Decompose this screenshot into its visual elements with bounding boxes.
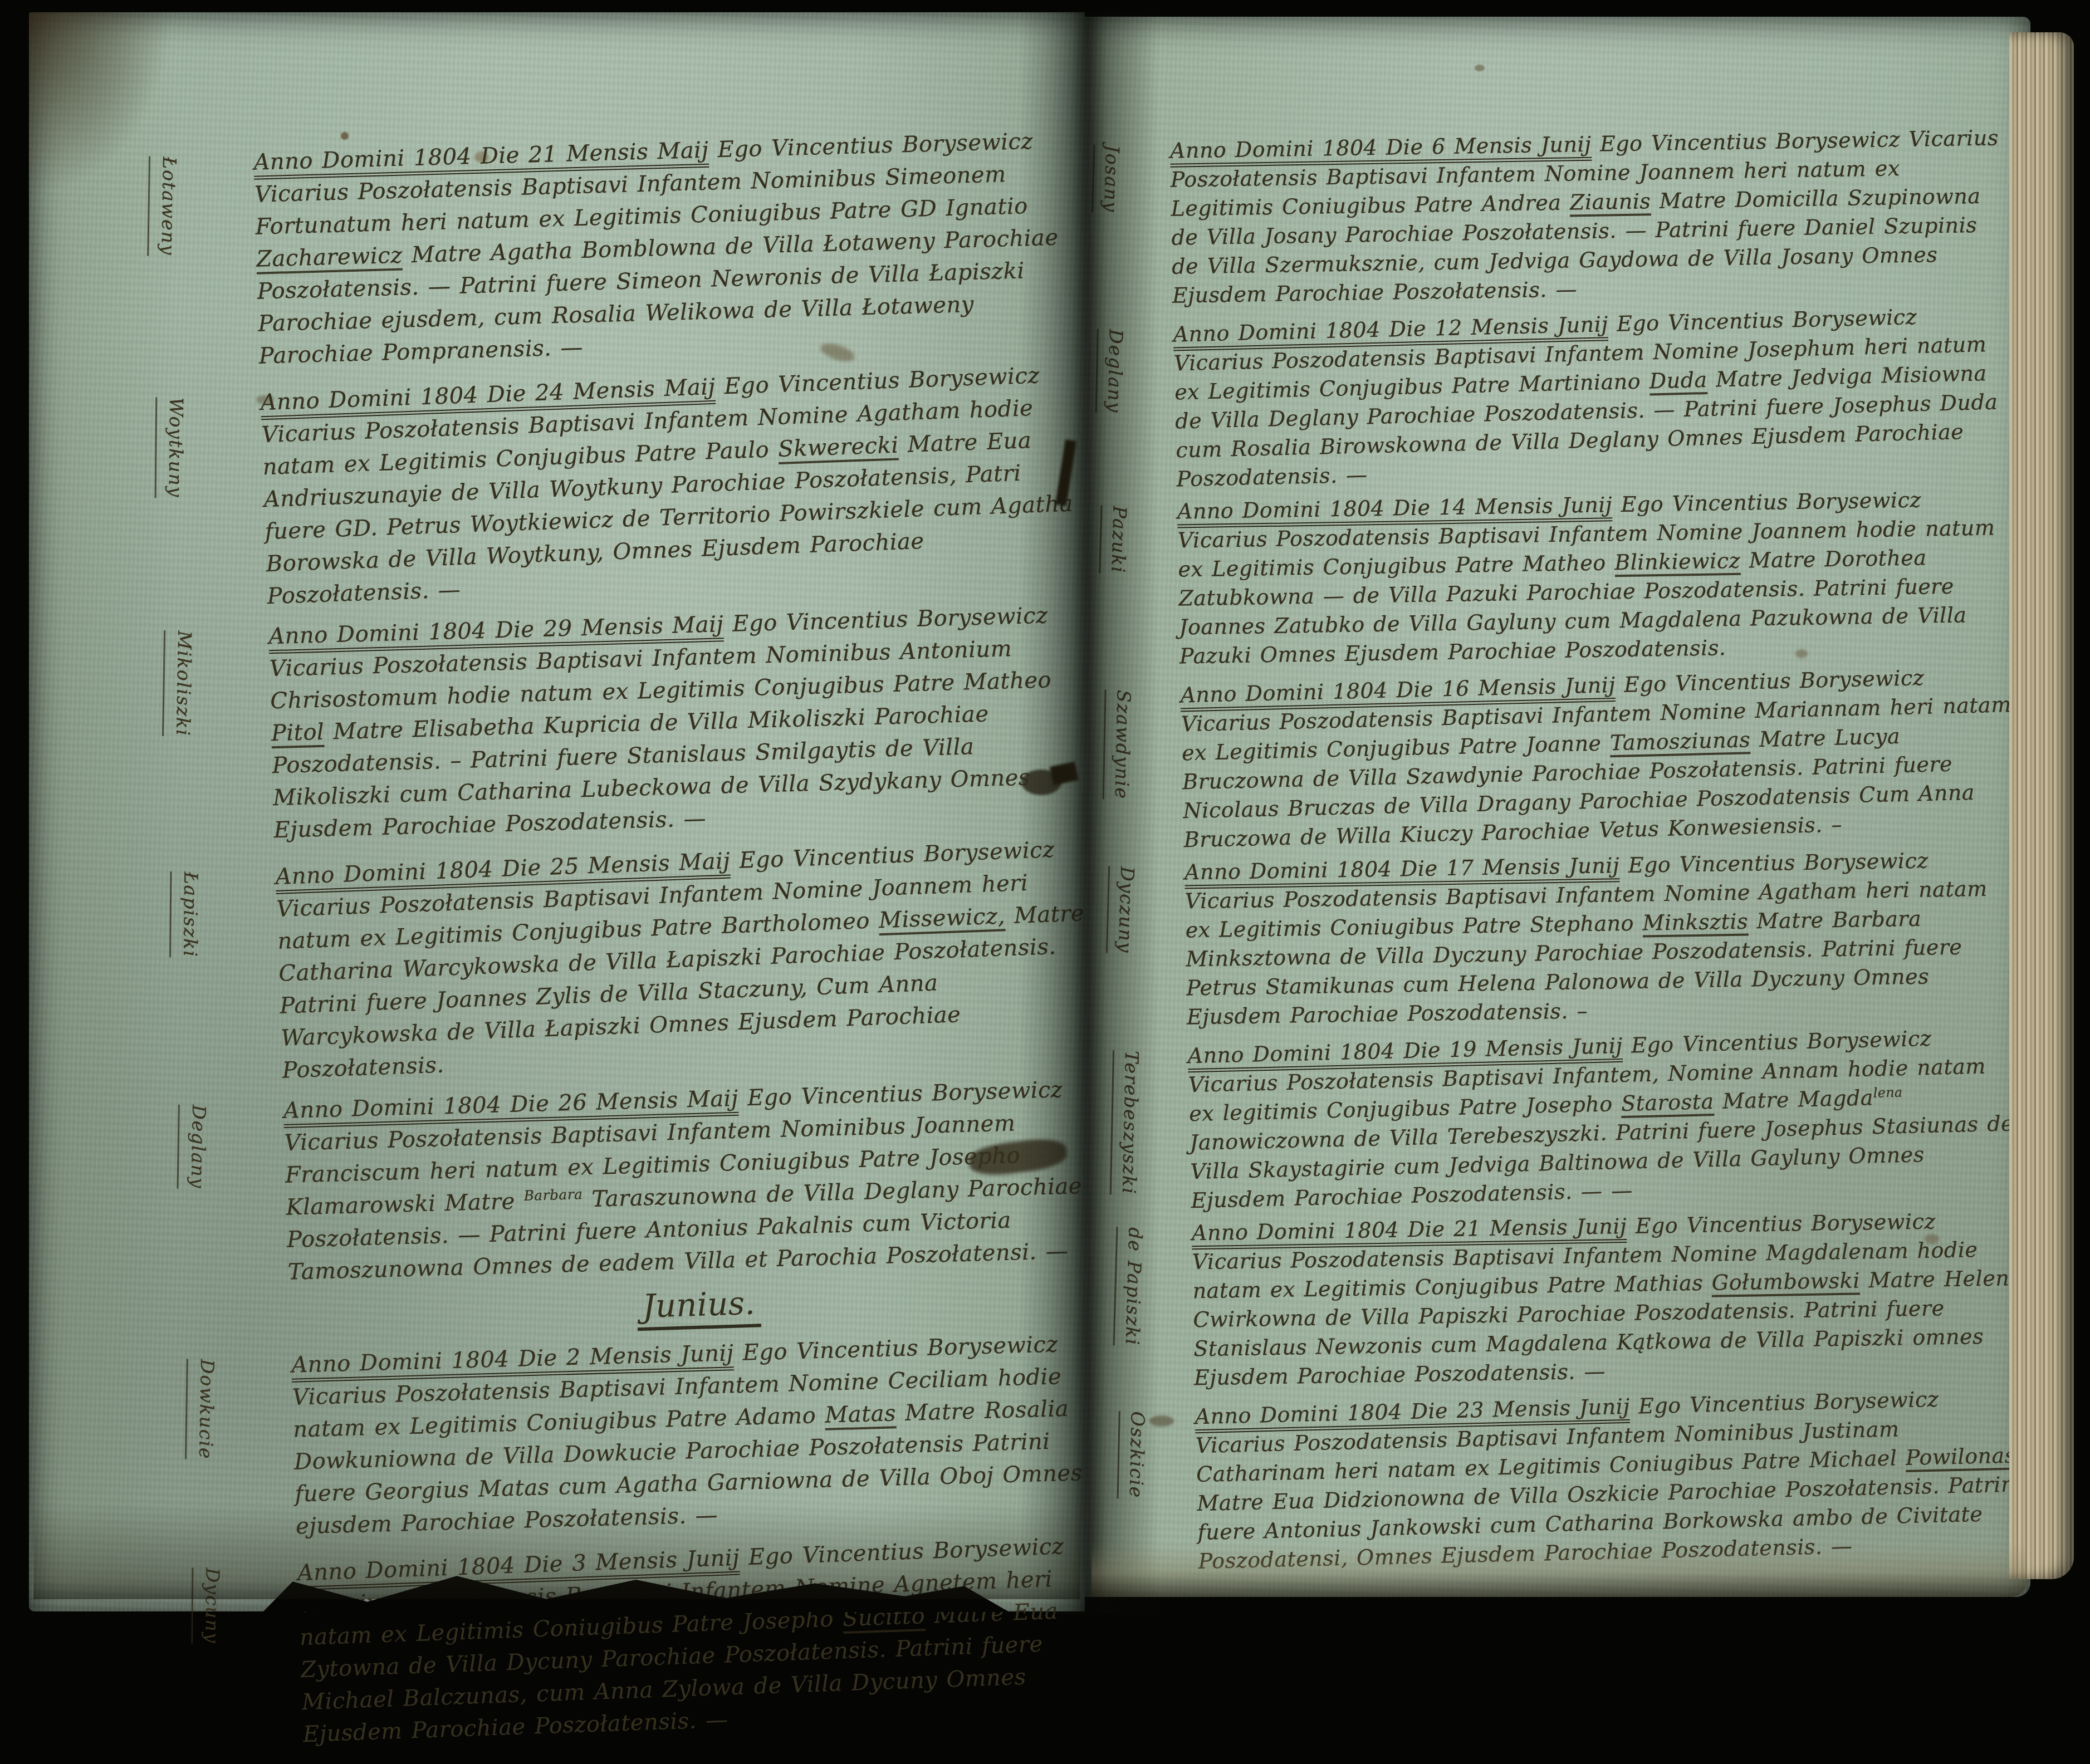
margin-annotation: Pazuki: [1099, 506, 1128, 666]
village-margin-label: Terebeszyszki: [1110, 1050, 1146, 1195]
underlined-surname: Zacharewicz: [256, 243, 403, 275]
margin-annotation: Deglany: [1095, 329, 1124, 489]
baptism-record: DeglanyAnno Domini 1804 Die 12 Mensis Ju…: [1173, 300, 2008, 493]
underlined-surname: Tamosziunas: [1610, 727, 1751, 757]
underlined-surname: Powilonas: [1905, 1443, 2016, 1472]
underlined-surname: Pitol: [271, 719, 324, 749]
left-page-text: ŁotawenyAnno Domini 1804 Die 21 Mensis M…: [253, 122, 1122, 1632]
margin-annotation: Terebeszyszki: [1109, 1050, 1139, 1211]
baptism-record: de PapiszkiAnno Domini 1804 Die 21 Mensi…: [1192, 1206, 2025, 1392]
village-margin-label: Szawdynie: [1103, 689, 1138, 800]
underlined-surname: Skwerecki: [778, 432, 899, 464]
village-margin-label: Oszkicie: [1117, 1411, 1152, 1499]
baptism-record: SzawdynieAnno Domini 1804 Die 16 Mensis …: [1180, 661, 2015, 854]
month-title: Junius.: [637, 1283, 761, 1331]
margin-annotation: Deglany: [177, 1105, 207, 1283]
record-text: Taraszunowna de Villa Deglany Parochiae …: [287, 1173, 1083, 1285]
stain: [1149, 1415, 1174, 1427]
underlined-surname: Blinkiewicz: [1614, 548, 1741, 577]
baptism-record: ŁotawenyAnno Domini 1804 Die 21 Mensis M…: [253, 124, 1078, 373]
baptism-record: JosanyAnno Domini 1804 Die 6 Mensis Juni…: [1170, 123, 2004, 310]
left-page: ŁotawenyAnno Domini 1804 Die 21 Mensis M…: [29, 12, 1085, 1611]
record-text: Matre Elisabetha Kupricia de Villa Mikol…: [272, 701, 1030, 843]
right-page-text: JosanyAnno Domini 1804 Die 6 Mensis Juni…: [1169, 121, 2029, 1581]
page-curl: [1092, 1542, 2027, 1597]
record-text: Barbara: [523, 1186, 583, 1204]
stain: [1475, 65, 1485, 71]
baptism-record: DyczunyAnno Domini 1804 Die 17 Mensis Ju…: [1185, 845, 2018, 1031]
margin-annotation: Szawdynie: [1102, 690, 1132, 850]
baptism-record: WoytkunyAnno Domini 1804 Die 24 Mensis M…: [260, 358, 1086, 612]
margin-annotation: Dyczuny: [1107, 866, 1135, 1027]
baptism-record: ŁapiszkiAnno Domini 1804 Die 25 Mensis M…: [275, 832, 1101, 1087]
margin-annotation: Łapiszki: [168, 871, 201, 1080]
margin-annotation: Mikoliszki: [161, 630, 193, 839]
manuscript-scan: ŁotawenyAnno Domini 1804 Die 21 Mensis M…: [0, 0, 2090, 1632]
baptism-record: PazukiAnno Domini 1804 Die 14 Mensis Jun…: [1177, 484, 2011, 670]
underlined-surname: Matas: [825, 1400, 897, 1430]
record-text: Matre Magda: [1714, 1085, 1873, 1114]
underlined-surname: Missewicz,: [878, 903, 1005, 935]
village-margin-label: de Papiszki: [1113, 1227, 1150, 1346]
underlined-surname: Duda: [1649, 367, 1707, 395]
baptism-record: DeglanyAnno Domini 1804 Die 26 Mensis Ma…: [283, 1072, 1107, 1288]
margin-annotation: de Papiszki: [1114, 1227, 1142, 1388]
underlined-surname: Ziaunis: [1570, 189, 1651, 217]
village-margin-label: Woytkuny: [155, 398, 193, 498]
stacked-page-edges: [2009, 32, 2074, 1579]
underlined-surname: Starosta: [1621, 1089, 1715, 1118]
bottom-shadow: [33, 1503, 1080, 1599]
margin-annotation: Woytkuny: [153, 397, 186, 606]
record-text: lena: [1873, 1084, 1902, 1100]
ink-spot: [341, 132, 349, 140]
village-margin-label: Deglany: [177, 1105, 214, 1189]
village-margin-label: Dyczuny: [1106, 866, 1142, 954]
baptism-record: TerebeszyszkiAnno Domini 1804 Die 19 Men…: [1187, 1022, 2022, 1215]
margin-annotation: Josany: [1092, 145, 1120, 305]
village-margin-label: Deglany: [1095, 329, 1130, 414]
village-margin-label: Pazuki: [1099, 506, 1134, 574]
underlined-surname: Minksztis: [1642, 909, 1748, 938]
village-margin-label: Josany: [1092, 145, 1127, 213]
underlined-surname: Gołumbowski: [1712, 1268, 1861, 1297]
village-margin-label: Łapiszki: [169, 871, 207, 958]
village-margin-label: Dowkucie: [185, 1359, 223, 1459]
corner-wear: [29, 12, 174, 196]
record-text: Janowiczowna de Villa Terebeszyszki. Pat…: [1190, 1111, 2014, 1213]
baptism-record: MikoliszkiAnno Domini 1804 Die 29 Mensis…: [268, 599, 1093, 847]
right-page: JosanyAnno Domini 1804 Die 6 Mensis Juni…: [1085, 17, 2030, 1597]
village-margin-label: Mikoliszki: [162, 630, 200, 737]
